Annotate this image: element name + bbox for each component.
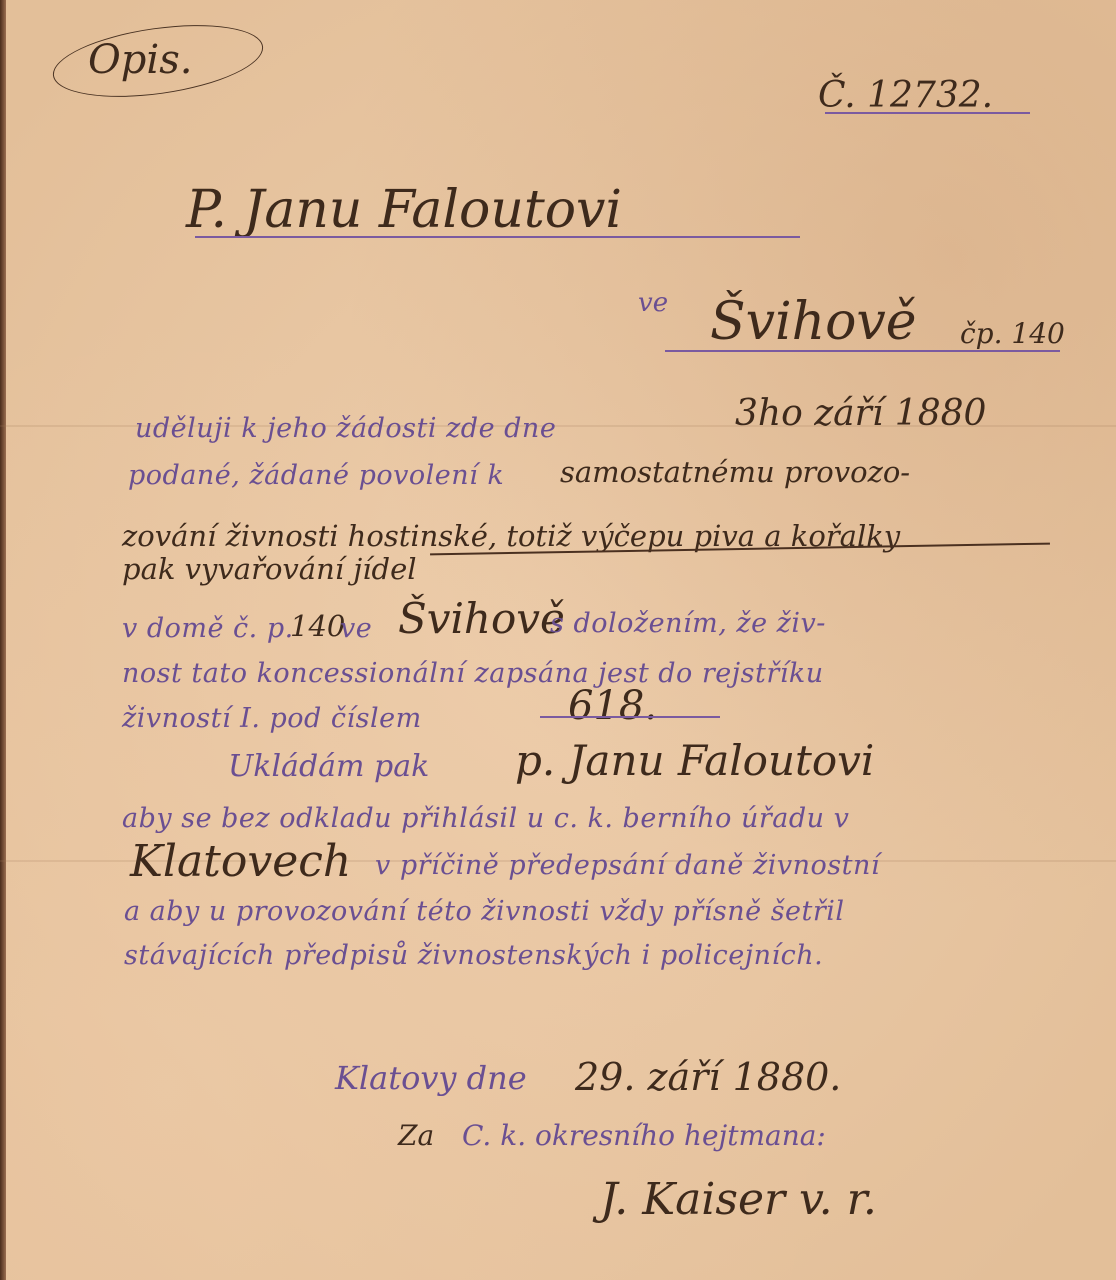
reference-underline [825, 112, 1030, 114]
authority-text: C. k. okresního hejtmana: [462, 1122, 826, 1150]
addressee-place: Švihově [710, 296, 917, 348]
authority-prefix: Za [398, 1122, 434, 1150]
reference-number: Č. 12732. [818, 78, 993, 114]
body-line-5-ve: ve [340, 615, 372, 642]
closing-date: 29. září 1880. [575, 1058, 841, 1096]
opis-label: Opis. [88, 40, 192, 80]
body-line-12: stávajících předpisů živnostenských i po… [124, 942, 823, 969]
signature: J. Kaiser v. r. [600, 1178, 877, 1222]
body-line-2-brown: samostatnému provozo- [560, 458, 910, 487]
body-line-7-text: živností I. pod číslem [122, 705, 422, 732]
register-underline [540, 716, 720, 718]
body-line-10-city: Klatovech [130, 840, 351, 884]
body-line-9: aby se bez odkladu přihlásil u c. k. ber… [122, 805, 849, 832]
body-line-5-place: Švihově [398, 598, 565, 640]
closing-place: Klatovy dne [335, 1062, 527, 1094]
body-line-1-date: 3ho září 1880 [735, 396, 986, 432]
body-line-10-text: v příčině předepsání daně živnostní [375, 852, 880, 879]
body-line-2-text: podané, žádané povolení k [128, 462, 504, 489]
body-line-4: pak vyvařování jídel [122, 555, 417, 584]
document-page: Opis. Č. 12732. P. Janu Faloutovi ve Švi… [0, 0, 1116, 1280]
page-edge [0, 0, 6, 1280]
body-line-6: nost tato koncessionální zapsána jest do… [122, 660, 824, 687]
body-line-5-c: s doložením, že živ- [550, 610, 826, 637]
addressee-underline [195, 236, 800, 238]
addressee-house-number: čp. 140 [960, 320, 1065, 348]
addressee-name: P. Janu Faloutovi [186, 184, 622, 236]
body-line-8-text: Ukládám pak [228, 752, 429, 782]
body-line-1-text: uděluji k jeho žádosti zde dne [135, 415, 556, 442]
addressee-preposition: ve [638, 290, 668, 316]
body-line-11: a aby u provozování této živnosti vždy p… [124, 898, 845, 925]
body-line-5-a: v domě č. p. [122, 615, 294, 642]
body-line-5-house: 140 [290, 612, 345, 641]
place-underline [665, 350, 1060, 352]
register-number: 618. [568, 686, 657, 726]
body-line-8-name: p. Janu Faloutovi [515, 740, 874, 782]
